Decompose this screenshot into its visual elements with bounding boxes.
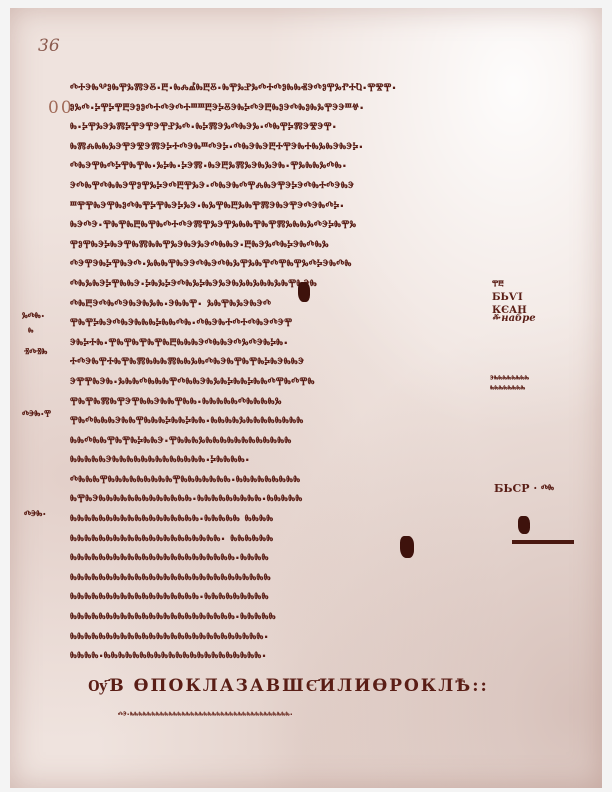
text-line: ⰵⰴⰸⰹⰴⰸⰸⰵⰹⱁⰹⰳⰽⰵⰴⰱⰹⰳⰵ·ⰴⰸⰵⰸⰴⰹⰾⰸⰵⰹⰵⰽⰵⰴⰸⰰⰴⰵⰸⰵ bbox=[70, 176, 500, 196]
text-line: ⰸⰸⰴⰸⰸⰹⰸⰹⰸⰽⰸⰸⰵ·ⰹⰸⰸⰸⰳⰸⰸⰸⰸⰸⰸⰸⰸⰸⰸⰸⰸ bbox=[70, 431, 500, 451]
text-line: ⰸⰸⰸⰸⰸⰸⰸⰸⰸⰸⰸⰸⰸⰸⰸⰸⰸⰸⰸⰸⰸⰸⰸⰸⰸⰸⰸⰸ bbox=[70, 568, 500, 588]
text-line: ⰵⰸⰽⰰⰸ·ⰹⰸⰹⰸⰹⰸⰹⰸⰱⰸⰸⰸⰵⰴⰸⰸⰵⰴⰳⰴⰵⰸⰽⰸ· bbox=[70, 333, 500, 353]
text-line: ⰸⰹⰸⰵⰸⰸⰸⰸⰸⰸⰸⰸⰸⰸⰸⰸⰸ·ⰸⰸⰸⰸⰸⰸⰸⰸⰸ·ⰸⰸⰸⰸⰸ bbox=[70, 489, 500, 509]
marginal-note-left-1: ⰳⰴⰸ· bbox=[22, 310, 45, 324]
main-text-block: ⰴⰰⰵⰸⰲⱁⰸⰹⰳⰿⰵⰻ·ⰱ·ⰸⰾⰼⰸⰱⰻ·ⰸⰹⰳⱀⰳⰴⰰⰴⱁⰸⰸⱏⰵⰴⱁⰹⰳⱂ… bbox=[70, 78, 500, 666]
text-line: ⰸⰸⰸⰸⰸⰸⰸⰸⰸⰸⰸⰸⰸⰸⰸⰸⰸⰸⰸⰸⰸⰸⰸⰸⰸⰸⰸ· bbox=[70, 627, 500, 647]
text-line: ⰹⰸⰹⰽⰸⰵⰴⰸⰵⰸⰸⰸⰽⰸⰸⰴⰸ·ⰴⰸⰵⰸⰰⰴⰰⰴⰸⰵⰴⰵⰹ bbox=[70, 313, 500, 333]
text-line: ⰸⰸⰸⰸⰸⰸⰸⰸⰸⰸⰸⰸⰸⰸⰸⰸⰸⰸ·ⰸⰸⰸⰸⰸⰸⰸⰸⰸ bbox=[70, 587, 500, 607]
text-line: ⰹⰸⰹⰸⰿⰸⰹⰵⰹⰸⰸⰵⰸⰸⰹⰸⰸ·ⰸⰸⰸⰸⰸⰴⰸⰸⰸⰸⰳ bbox=[70, 392, 500, 412]
marginal-note-right-3: ⰵⰸⰸⰸⰸⰸⰸⰸⰸ ⰸⰸⰸⰸⰸⰸⰸⰸ bbox=[490, 373, 529, 393]
text-line: ⰵⰹⰹⰸⰵⰸ·ⰳⰸⰸⰴⰸⰸⰸⰹⰴⰸⰸⰵⰸⰳⰸⰽⰸⰸⰽⰸⰸⰴⰹⰸⰴⰹⰸ bbox=[70, 372, 500, 392]
text-line: ⰴⰰⰵⰸⰲⱁⰸⰹⰳⰿⰵⰻ·ⰱ·ⰸⰾⰼⰸⰱⰻ·ⰸⰹⰳⱀⰳⰴⰰⰴⱁⰸⰸⱏⰵⰴⱁⰹⰳⱂ… bbox=[70, 78, 500, 98]
text-line: ⰸⰸⰸⰸⰸⰸⰸⰸⰸⰸⰸⰸⰸⰸⰸⰸⰸⰸⰸⰸⰸ· ⰸⰸⰸⰸⰸⰸ bbox=[70, 529, 500, 549]
marginal-note-right-4: БЬСР · ⰴⰸ bbox=[494, 482, 554, 496]
ink-blot-2 bbox=[400, 536, 414, 558]
text-line: ⰹⰸⰴⰸⰸⰸⰵⰸⰸⰹⰸⰸⰸⰽⰸⰸⰽⰸⰸ·ⰸⰸⰸⰸⰳⰸⰸⰸⰸⰸⰸⰸⰸ bbox=[70, 411, 500, 431]
text-line: ⰸ·ⰽⰹⰳⰵⰳⰿⰽⰹⰵⰹⰵⰹⱀⰳⰴ·ⰸⰽⰿⰵⰳⰴⰸⰵⰳ·ⰴⰸⰹⰽⰿⰵⰺⰵⰹ· bbox=[70, 117, 500, 137]
marginal-note-left-4: ⰴⰵⰸ· bbox=[24, 508, 46, 522]
text-line: ⰸⰿⰾⰸⰸⰳⰵⰹⰵⰺⰵⰿⰵⰽⰰⰴⰵⰸⱎⰴⰵⰽ·ⰴⰸⰵⰸⰵⰱⰰⰹⰵⰸⰰⰸⰳⰸⰵⰸⰵ… bbox=[70, 137, 500, 157]
text-line: ⰴⰸⰵⰹⰸⰴⰽⰹⰸⰹⰸ·ⰳⰽⰸ·ⰽⰵⰿ·ⰸⰵⰱⰳⰿⰳⰵⰸⰳⰵⰸ·ⰹⰳⰸⰸⰳⰴⰸ· bbox=[70, 156, 500, 176]
text-line: ⰹⱁⰹⰸⰵⰽⰸⰵⰹⰸⰿⰸⰸⰹⰳⰵⰸⰵⰳⰵⰴⰸⰸⰵ·ⰱⰸⰵⰳⰴⰸⰽⰵⰸⰴⰸⰳ bbox=[70, 235, 500, 255]
marginal-note-left-1b: ⰸ bbox=[28, 326, 34, 337]
text-line: ⱁⰳⰴ·ⰽⰹⰽⰹⰱⰵⱁⱁⰴⰰⰴⰵⰴⰰⱎⱎⰱⰵⰽⰻⰵⰸⰽⰴⰵⰱⰸⱁⰵⰴⰸⱁⰸⰳⰹⰵ… bbox=[70, 98, 500, 118]
marginal-note-right-1: ⰹⰱ БЬѴІ КЄАН bbox=[492, 278, 527, 317]
text-line: ⰴⰸⰳⰸⰵⰽⰹⰸⰸⰵ·ⰽⰸⰳⰽⰵⰴⰸⰳⰽⰸⰵⰳⰵⰸⰳⰸⰳⰸⰸⰳⰸⰹⰸⰵⰸ bbox=[70, 274, 500, 294]
text-line: ⱎⰹⰹⰸⰵⰹⰸⱁⰴⰸⰹⰽⰹⰸⰵⰽⰳⰵ·ⰸⰳⰹⰸⰱⰳⰸⰹⰿⰵⰸⰵⰹⰵⰴⰵⰸⰴⰽ· bbox=[70, 196, 500, 216]
folio-number: 36 bbox=[38, 36, 60, 56]
text-line: ⰸⰸⰸⰸⰸⰸⰸⰸⰸⰸⰸⰸⰸⰸⰸⰸⰸⰸ·ⰸⰸⰸⰸⰸ ⰸⰸⰸⰸ bbox=[70, 509, 500, 529]
text-line: ⰸⰵⰴⰵ·ⰹⰸⰹⰸⰱⰸⰹⰸⰴⰰⰴⰵⰿⰹⰳⰵⰹⰳⰸⰸⰹⰸⰹⰿⰳⰸⰸⰳⰴⰵⰽⰸⰹⰳ bbox=[70, 215, 500, 235]
manuscript-page: 36 00 ⰴⰰⰵⰸⰲⱁⰸⰹⰳⰿⰵⰻ·ⰱ·ⰸⰾⰼⰸⰱⰻ·ⰸⰹⰳⱀⰳⰴⰰⰴⱁⰸⰸⱏ… bbox=[10, 8, 602, 788]
ink-blot-1 bbox=[298, 282, 310, 302]
marginal-note-right-2: ⰶ·набре bbox=[492, 313, 536, 324]
ink-blot-3 bbox=[518, 516, 530, 534]
text-line: ⰴⰵⰹⰵⰸⰽⰹⰸⰵⰴ·ⰳⰸⰸⰹⰸⰵⰵⰴⰸⰵⰴⰸⰳⰹⰳⰸⰹⰴⰹⰸⰹⰳⰴⰽⰵⰸⰴⰸ bbox=[70, 254, 500, 274]
text-line: ⰰⰴⰵⰸⰹⰰⰸⰹⰸⰿⰸⰸⰸⰿⰸⰸⰳⰸⰴⰸⰵⰸⰹⰸⰹⰸⰽⰸⰵⰸⰸⰵ bbox=[70, 352, 500, 372]
text-line: ⰸⰸⰸⰸⰸⰸⰸⰸⰸⰸⰸⰸⰸⰸⰸⰸⰸⰸⰸⰸⰸⰸⰸ·ⰸⰸⰸⰸ bbox=[70, 548, 500, 568]
marginal-note-left-3: ⰴⰵⰸ·ⰹ bbox=[22, 408, 51, 422]
margin-rule-right bbox=[512, 540, 574, 544]
subheading-line: ⰴⰵ·ⰸⰸⰸⰸⰸⰸⰸⰸⰸⰸⰸⰸⰸⰸⰸⰸⰸⰸⰸⰸⰸⰸⰸⰸⰸⰸⰸⰸⰸⰸⰸⰸⰸⰸⰸⰸⰸ… bbox=[118, 710, 458, 720]
text-line: ⰸⰸⰸⰸⰸⰸⰸⰸⰸⰸⰸⰸⰸⰸⰸⰸⰸⰸⰸⰸⰸⰸⰸ·ⰸⰸⰸⰸⰸ bbox=[70, 607, 500, 627]
text-line: ⰸⰸⰸⰸⰸⰵⰸⰸⰸⰸⰸⰸⰸⰸⰸⰸⰸⰸⰸ·ⰽⰸⰸⰸⰸ· bbox=[70, 450, 500, 470]
text-line: ⰸⰸⰸⰸ·ⰸⰸⰸⰸⰸⰸⰸⰸⰸⰸⰸⰸⰸⰸⰸⰸⰸⰸⰸⰸⰸⰸ· bbox=[70, 646, 500, 666]
marginal-note-left-2: ⱐⰴⱐⰸ bbox=[24, 346, 47, 360]
text-line: ⰴⰸⰸⰸⰹⰸⰸⰸⰸⰸⰸⰸⰸⰸⰹⰸⰸⰸⰸⰸⰸⰸ·ⰸⰸⰸⰸⰸⰸⰸⰸⰸ bbox=[70, 470, 500, 490]
cyrillic-heading: Ѹ҃В ѲПОКЛАЗАВШЄ҃ИЛИѲРОКЛѢ:: bbox=[88, 676, 468, 696]
text-line: ⰴⰸⰱⰵⰴⰸⰴⰵⰸⰵⰸⰳⰸ·ⰵⰸⰸⰹ· ⰳⰸⰹⰸⰳⰵⰸⰵⰴ bbox=[70, 294, 500, 314]
